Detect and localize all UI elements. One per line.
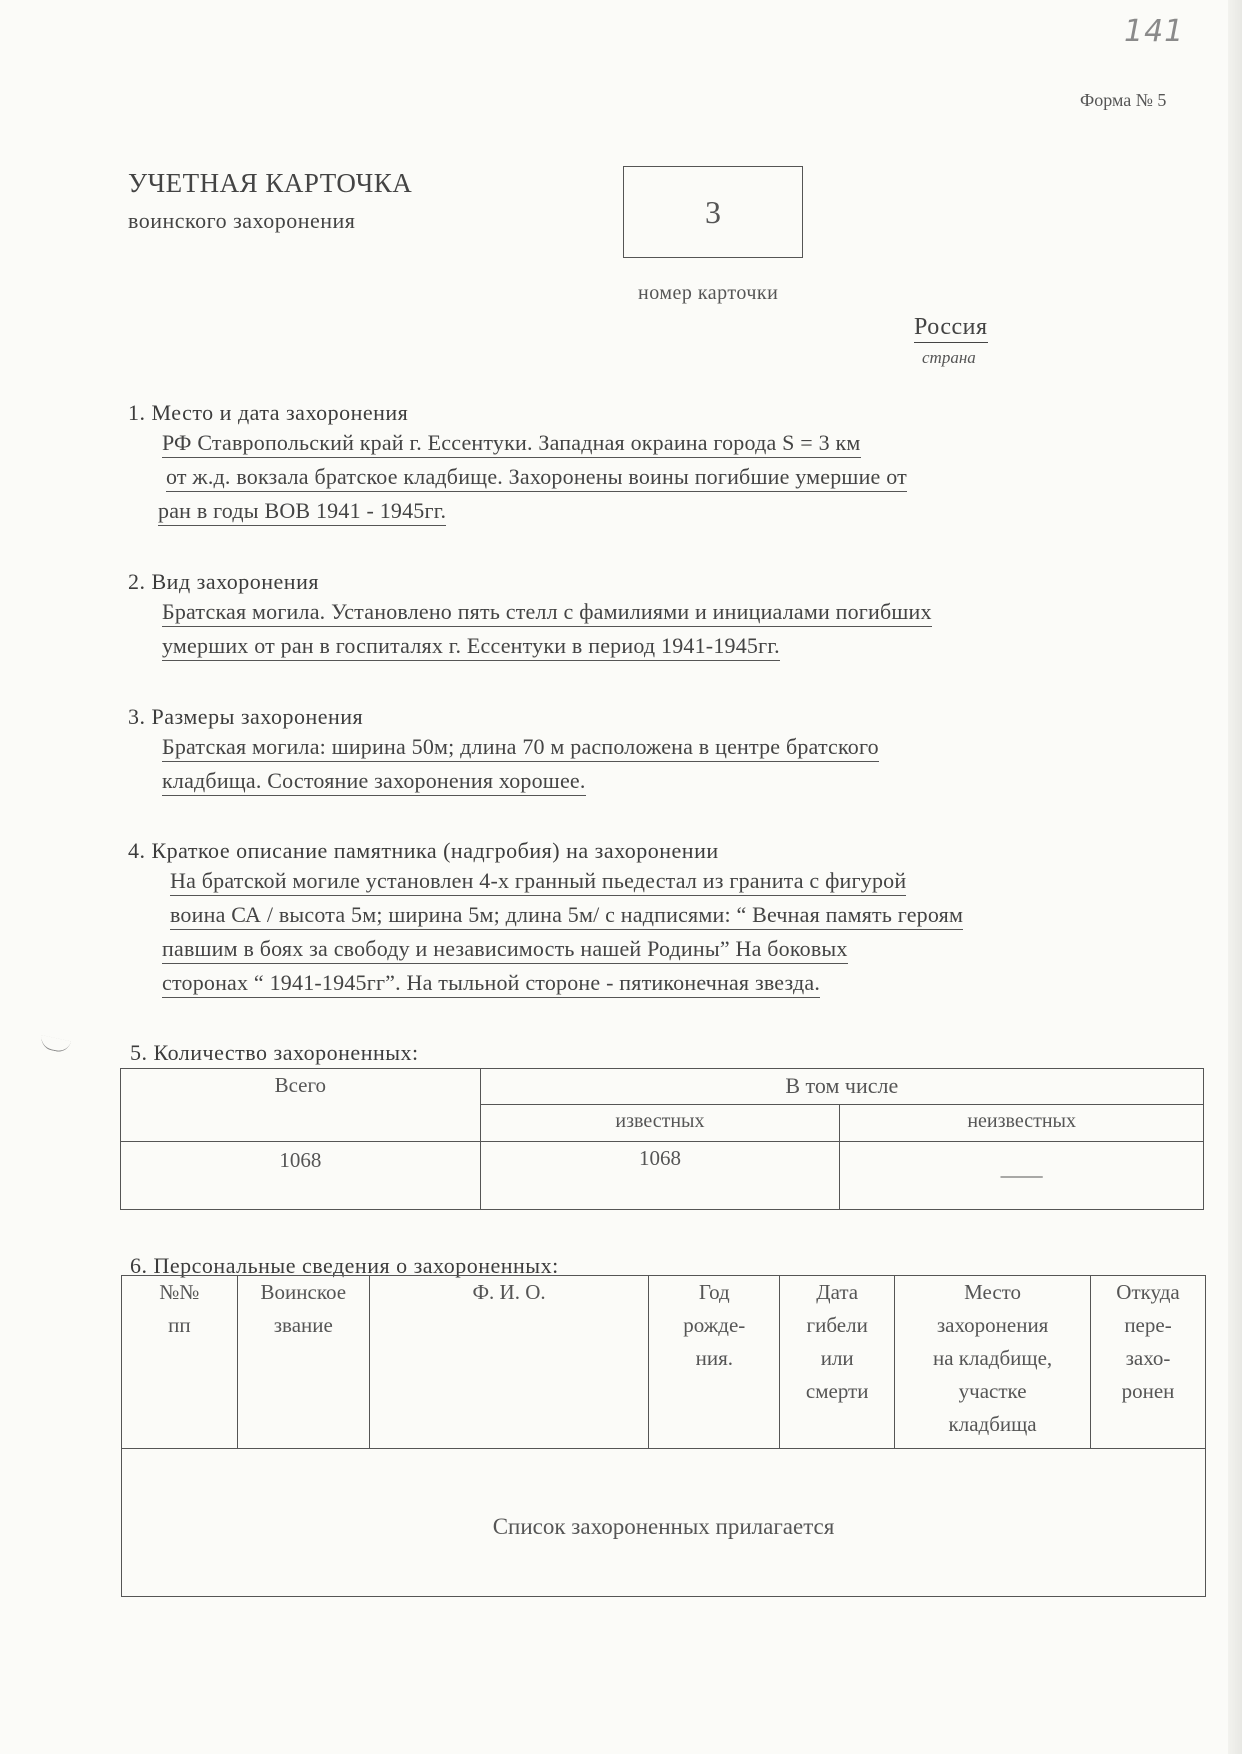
header-known: известных bbox=[480, 1105, 840, 1142]
section-burial-place: 1. Место и дата захоронения РФ Ставропол… bbox=[128, 400, 907, 530]
header-line: или bbox=[780, 1342, 894, 1375]
section-line: Братская могила. Установлено пять стелл … bbox=[162, 597, 932, 627]
header-line: на кладбище, bbox=[895, 1342, 1090, 1375]
header-including: В том числе bbox=[480, 1069, 1203, 1105]
country-label: страна bbox=[922, 348, 976, 368]
section-burial-type: 2. Вид захоронения Братская могила. Уста… bbox=[128, 569, 932, 665]
list-attached-note: Список захороненных прилагается bbox=[122, 1449, 1206, 1597]
header-line: звание bbox=[238, 1309, 369, 1342]
header-line: ния. bbox=[649, 1342, 779, 1375]
section-heading: 3. Размеры захоронения bbox=[128, 704, 879, 730]
header-line: Дата bbox=[780, 1276, 894, 1309]
header-line: смерти bbox=[780, 1375, 894, 1408]
page-edge bbox=[1228, 0, 1242, 1754]
header-line: гибели bbox=[780, 1309, 894, 1342]
header-line: Год bbox=[649, 1276, 779, 1309]
header-line: Место bbox=[895, 1276, 1090, 1309]
pen-mark bbox=[39, 1035, 71, 1054]
handwritten-page-number: 141 bbox=[1124, 14, 1184, 49]
header-line: рожде- bbox=[649, 1309, 779, 1342]
col-number: №№ пп bbox=[122, 1276, 238, 1449]
document-subtitle: воинского захоронения bbox=[128, 208, 355, 234]
header-line: участке bbox=[895, 1375, 1090, 1408]
section-line: кладбища. Состояние захоронения хорошее. bbox=[162, 766, 586, 796]
value-unknown: —— bbox=[840, 1142, 1204, 1210]
section-line: умерших от ран в госпиталях г. Ессентуки… bbox=[162, 631, 780, 661]
header-total: Всего bbox=[121, 1069, 481, 1142]
section-line: Братская могила: ширина 50м; длина 70 м … bbox=[162, 732, 879, 762]
header-line: пере- bbox=[1091, 1309, 1205, 1342]
quantity-heading: 5. Количество захороненных: bbox=[130, 1040, 419, 1066]
col-burial-location: Место захоронения на кладбище, участке к… bbox=[895, 1276, 1091, 1449]
col-reburied-from: Откуда пере- захо- ронен bbox=[1091, 1276, 1206, 1449]
document-title: УЧЕТНАЯ КАРТОЧКА bbox=[128, 168, 412, 199]
col-death-date: Дата гибели или смерти bbox=[780, 1276, 895, 1449]
value-known: 1068 bbox=[480, 1142, 840, 1210]
section-monument-description: 4. Краткое описание памятника (надгробия… bbox=[128, 838, 963, 1002]
section-line: сторонах “ 1941-1945гг”. На тыльной стор… bbox=[162, 968, 820, 998]
section-body: Братская могила: ширина 50м; длина 70 м … bbox=[162, 732, 879, 800]
section-heading: 2. Вид захоронения bbox=[128, 569, 932, 595]
header-line: пп bbox=[122, 1309, 237, 1342]
col-birth-year: Год рожде- ния. bbox=[649, 1276, 780, 1449]
section-line: воина СА / высота 5м; ширина 5м; длина 5… bbox=[170, 900, 963, 930]
section-heading: 4. Краткое описание памятника (надгробия… bbox=[128, 838, 963, 864]
header-unknown: неизвестных bbox=[840, 1105, 1204, 1142]
quantity-table: Всего В том числе известных неизвестных … bbox=[120, 1068, 1204, 1210]
header-line: Откуда bbox=[1091, 1276, 1205, 1309]
personal-info-table: №№ пп Воинское звание Ф. И. О. Год рожде… bbox=[121, 1275, 1206, 1597]
col-rank: Воинское звание bbox=[237, 1276, 369, 1449]
section-line: На братской могиле установлен 4-х гранны… bbox=[170, 866, 906, 896]
card-number-box: 3 bbox=[623, 166, 803, 258]
col-full-name: Ф. И. О. bbox=[369, 1276, 649, 1449]
header-line: захоронения bbox=[895, 1309, 1090, 1342]
header-line: Воинское bbox=[238, 1276, 369, 1309]
header-line: №№ bbox=[122, 1276, 237, 1309]
card-number: 3 bbox=[705, 194, 721, 231]
header-line: захо- bbox=[1091, 1342, 1205, 1375]
country-value: Россия bbox=[914, 314, 988, 343]
header-line: ронен bbox=[1091, 1375, 1205, 1408]
section-line: РФ Ставропольский край г. Ессентуки. Зап… bbox=[162, 428, 861, 458]
card-number-label: номер карточки bbox=[638, 282, 778, 305]
section-line: ран в годы ВОВ 1941 - 1945гг. bbox=[158, 496, 446, 526]
section-line: от ж.д. вокзала братское кладбище. Захор… bbox=[166, 462, 907, 492]
section-burial-size: 3. Размеры захоронения Братская могила: … bbox=[128, 704, 879, 800]
header-line: кладбища bbox=[895, 1408, 1090, 1441]
form-number: Форма № 5 bbox=[1080, 90, 1166, 111]
section-heading: 1. Место и дата захоронения bbox=[128, 400, 907, 426]
section-body: На братской могиле установлен 4-х гранны… bbox=[162, 866, 963, 1002]
section-body: РФ Ставропольский край г. Ессентуки. Зап… bbox=[162, 428, 907, 530]
section-line: павшим в боях за свободу и независимость… bbox=[162, 934, 848, 964]
header-line: Ф. И. О. bbox=[370, 1276, 649, 1309]
section-body: Братская могила. Установлено пять стелл … bbox=[162, 597, 932, 665]
value-total: 1068 bbox=[121, 1142, 481, 1210]
